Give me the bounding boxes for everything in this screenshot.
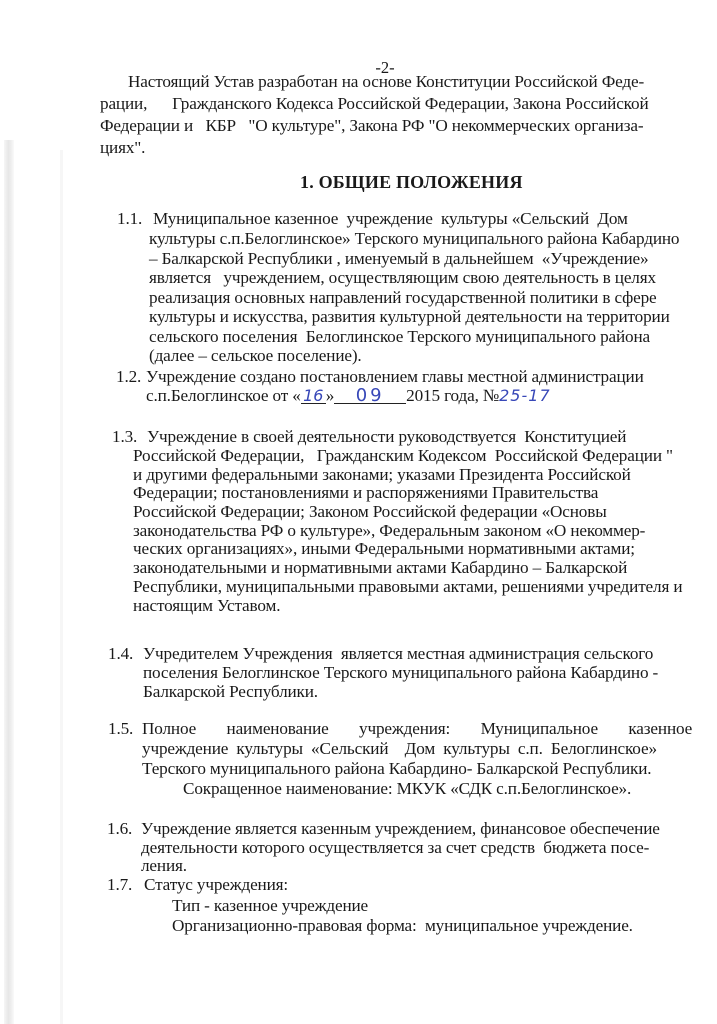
clause-1-3-line: законодательства РФ о культуре», Федерал… <box>133 522 645 539</box>
clause-1-1-line: Муниципальное казенное учреждение культу… <box>153 210 628 227</box>
clause-1-2-line-2: с.п.Белоглинское от «16»092015 года, №25… <box>146 387 557 404</box>
clause-1-6-number: 1.6. <box>107 820 132 837</box>
clause-1-5-line: Полное наименование учреждения: Муниципа… <box>142 720 692 737</box>
clause-1-4-line: Балкарской Республики. <box>143 683 318 700</box>
date-quote-close: » <box>326 386 334 405</box>
clause-1-3-line: законодательными и нормативными актами К… <box>133 559 627 576</box>
clause-1-3-line: Федерации; постановлениями и распоряжени… <box>133 484 598 501</box>
clause-1-3-number: 1.3. <box>112 428 137 445</box>
clause-1-2-number: 1.2. <box>116 368 141 385</box>
clause-1-3-line: ческих организациях», иными Федеральными… <box>133 540 635 557</box>
handwritten-decree-number: 25-17 <box>499 388 557 403</box>
clause-1-6-line: деятельности которого осуществляется за … <box>141 839 649 856</box>
intro-line-3: Федерации и КБР "О культуре", Закона РФ … <box>100 117 643 134</box>
scan-fold-line <box>60 150 63 1024</box>
handwritten-day: 16 <box>301 388 326 404</box>
clause-1-4-line: поселения Белоглинское Терского муниципа… <box>143 664 658 681</box>
clause-1-3-line: настоящим Уставом. <box>133 597 280 614</box>
clause-1-1-number: 1.1. <box>117 210 142 227</box>
clause-1-5-number: 1.5. <box>108 720 133 737</box>
clause-1-5-line: учреждение культуры «Сельский Дом культу… <box>142 740 657 757</box>
clause-1-1-line: сельского поселения Белоглинское Терског… <box>149 328 650 345</box>
intro-line-2: рации, Гражданского Кодекса Российской Ф… <box>100 95 649 112</box>
clause-1-2-line-1: Учреждение создано постановлением главы … <box>146 368 644 385</box>
clause-1-1-line: – Балкарской Республики , именуемый в да… <box>149 250 648 267</box>
intro-line-1: Настоящий Устав разработан на основе Кон… <box>128 73 644 90</box>
scanned-page: -2- Настоящий Устав разработан на основе… <box>0 0 717 1024</box>
clause-1-1-line: реализация основных направлений государс… <box>149 289 657 306</box>
clause-1-1-line: (далее – сельское поселение). <box>149 347 362 364</box>
clause-1-3-line: Российской Федерации, Гражданским Кодекс… <box>133 447 673 464</box>
clause-1-3-line: Учреждение в своей деятельности руководс… <box>147 428 626 445</box>
clause-1-3-line: Российской Федерации; Законом Российской… <box>133 503 607 520</box>
handwritten-month: 09 <box>334 388 406 404</box>
clause-1-6-line: Учреждение является казенным учреждением… <box>141 820 660 837</box>
clause-1-3-line: Республики, муниципальными правовыми акт… <box>133 578 682 595</box>
clause-1-4-number: 1.4. <box>108 645 133 662</box>
clause-1-5-line: Терского муниципального района Кабардино… <box>142 760 651 777</box>
clause-1-6-line: ления. <box>141 857 187 874</box>
scan-edge-shadow <box>4 140 14 1024</box>
clause-1-7-form: Организационно-правовая форма: муниципал… <box>172 917 633 934</box>
section-heading: 1. ОБЩИЕ ПОЛОЖЕНИЯ <box>300 172 523 193</box>
clause-1-1-line: культуры и искусства, развития культурно… <box>149 308 670 325</box>
clause-1-1-line: является учреждением, осуществляющим сво… <box>149 269 656 286</box>
intro-line-4: циях". <box>100 139 145 156</box>
clause-1-7-type: Тип - казенное учреждение <box>172 897 368 914</box>
clause-1-1-line: культуры с.п.Белоглинское» Терского муни… <box>149 230 679 247</box>
clause-1-3-line: и другими федеральными законами; указами… <box>133 466 631 483</box>
clause-1-7-title: Статус учреждения: <box>144 876 288 893</box>
clause-1-5-short-name: Сокращенное наименование: МКУК «СДК с.п.… <box>183 780 631 797</box>
clause-1-7-number: 1.7. <box>107 876 132 893</box>
date-suffix: 2015 года, № <box>406 386 499 405</box>
date-prefix: с.п.Белоглинское от « <box>146 386 301 405</box>
clause-1-4-line: Учредителем Учреждения является местная … <box>143 645 653 662</box>
